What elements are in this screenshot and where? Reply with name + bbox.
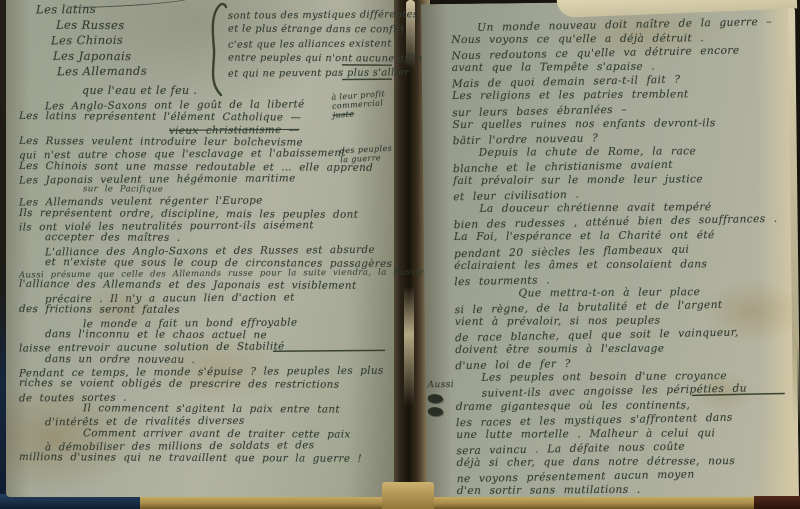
ink-blot	[428, 407, 443, 416]
table-shadow-right	[754, 496, 800, 509]
spine-bottom-edge	[382, 482, 434, 509]
left-page: Les latinsLes RussesLes ChinoisLes Japon…	[6, 0, 394, 497]
open-notebook-photo: Les latinsLes RussesLes ChinoisLes Japon…	[0, 0, 800, 509]
ink-brace	[204, 2, 228, 98]
spine-fold-highlight	[404, 286, 414, 406]
right-page-text: Un monde nouveau doit naître de la guerr…	[451, 16, 793, 499]
handwritten-line: et le plus étrange dans ce conflit	[228, 23, 396, 38]
nation-item: Les latins	[36, 2, 147, 18]
handwritten-word: Aussi	[428, 380, 455, 390]
right-page: Aussi Un monde nouveau doit naître de la…	[421, 0, 799, 506]
handwritten-line: vieux christianisme —	[169, 123, 393, 137]
page-edges-band	[140, 497, 765, 509]
nations-list: Les latinsLes RussesLes ChinoisLes Japon…	[34, 2, 147, 80]
handwritten-line: d'en sortir sans mutilations .	[457, 482, 793, 498]
brace-annotation: sont tous des mystiques différenteset le…	[228, 9, 396, 81]
nation-item: Les Japonais	[53, 48, 147, 64]
margin-note-aussi: Aussi	[428, 380, 455, 416]
ink-blot	[428, 394, 443, 403]
nation-item: Les Chinois	[51, 33, 147, 49]
nation-item: Les Russes	[56, 17, 147, 33]
handwritten-line: Les latins représentent l'élément Cathol…	[19, 110, 393, 124]
left-page-text: Les Anglo-Saxons ont le goût de la liber…	[19, 99, 393, 465]
handwritten-line: entre peuples qui n'ont aucune affinité	[228, 52, 396, 67]
nation-item: Les Allemands	[57, 64, 147, 80]
handwritten-line: que l'eau et le feu .	[82, 84, 197, 97]
handwritten-line: millions d'usines qui ne travaillent que…	[19, 451, 393, 465]
handwritten-line: c'est que les alliances existent	[228, 37, 396, 53]
handwritten-line: et qui ne peuvent pas plus s'allier	[228, 66, 396, 82]
